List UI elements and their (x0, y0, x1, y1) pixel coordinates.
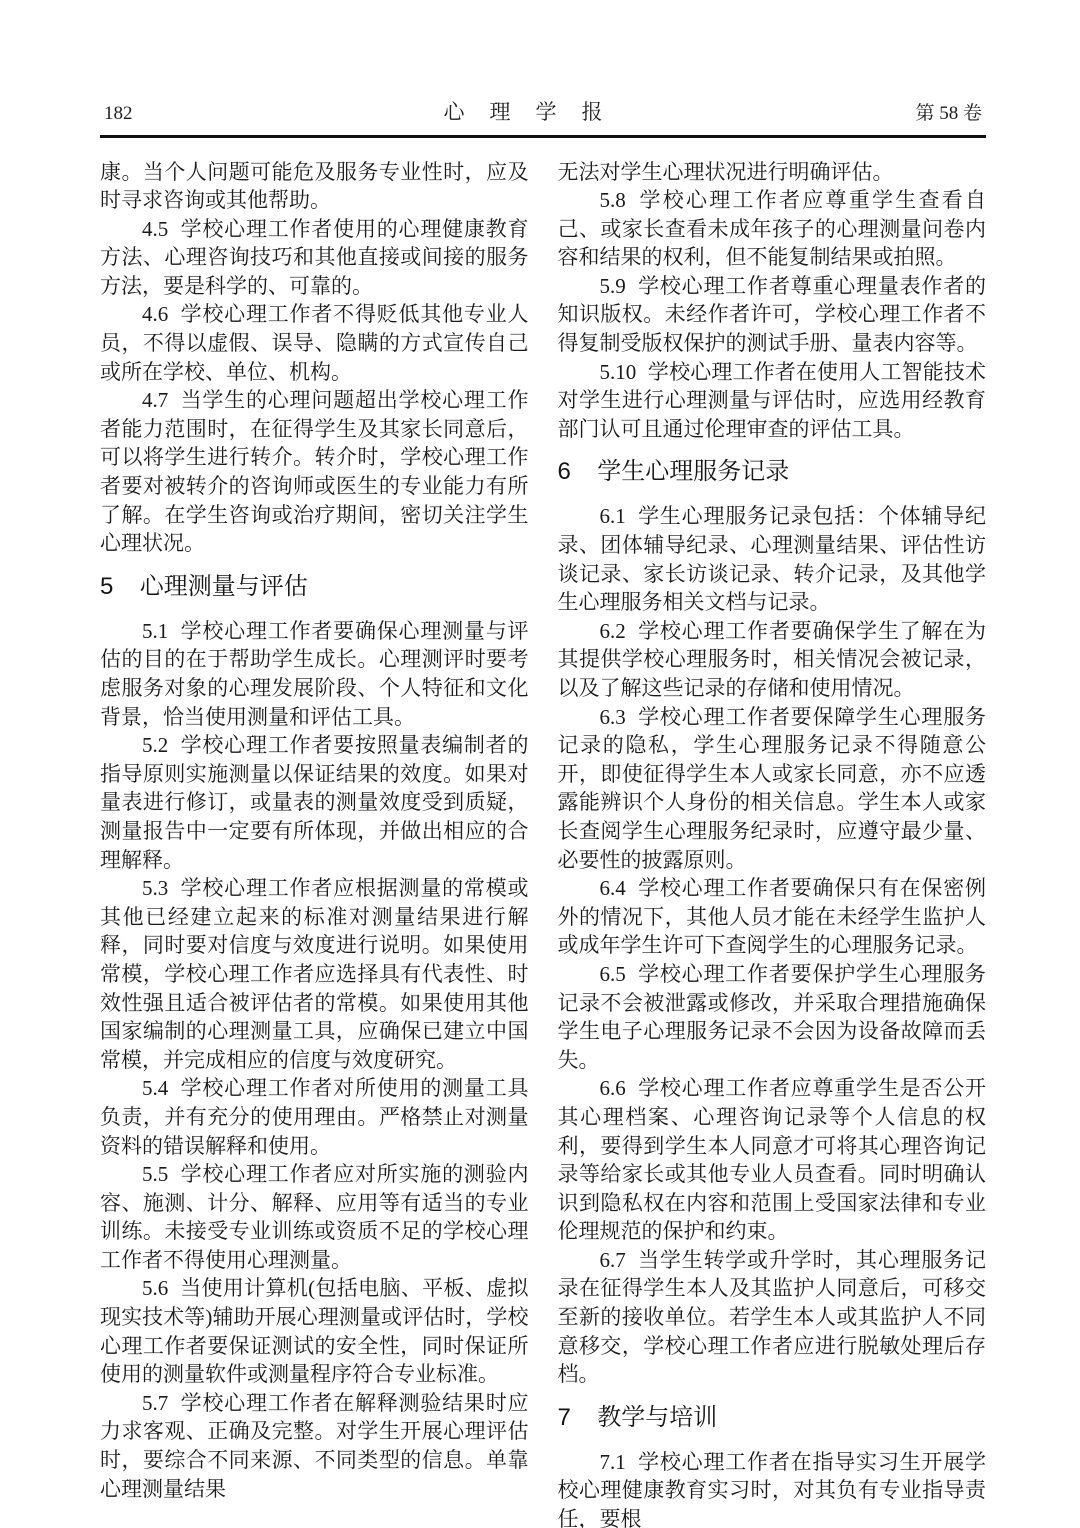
paragraph: 6.7当学生转学或升学时，其心理服务记录在征得学生本人及其监护人同意后，可移交至… (558, 1246, 987, 1389)
paragraph: 4.6学校心理工作者不得贬低其他专业人员，不得以虚假、误导、隐瞒的方式宣传自己或… (100, 300, 529, 386)
item-number: 6.2 (600, 619, 626, 643)
section-heading: 6学生心理服务记录 (558, 455, 987, 488)
item-number: 6.7 (600, 1248, 626, 1272)
item-number: 4.5 (142, 217, 168, 241)
section-number: 6 (558, 458, 571, 485)
paragraph: 5.9学校心理工作者尊重心理量表作者的知识版权。未经作者许可，学校心理工作者不得… (558, 272, 987, 358)
paragraph: 5.7学校心理工作者在解释测验结果时应力求客观、正确及完整。对学生开展心理评估时… (100, 1389, 529, 1503)
column-left: 康。当个人问题可能危及服务专业性时，应及时寻求咨询或其他帮助。4.5学校心理工作… (100, 158, 529, 1528)
section-heading: 5心理测量与评估 (100, 570, 529, 603)
article-body: 康。当个人问题可能危及服务专业性时，应及时寻求咨询或其他帮助。4.5学校心理工作… (100, 158, 986, 1528)
section-title: 学生心理服务记录 (597, 458, 789, 485)
journal-page: 182 心 理 学 报 第 58 卷 康。当个人问题可能危及服务专业性时，应及时… (0, 0, 1080, 1528)
item-number: 5.10 (600, 360, 637, 384)
paragraph: 6.3学校心理工作者要保障学生心理服务记录的隐私，学生心理服务记录不得随意公开，… (558, 703, 987, 875)
item-number: 6.4 (600, 876, 626, 900)
item-number: 5.1 (142, 619, 168, 643)
paragraph-continuation: 无法对学生心理状况进行明确评估。 (558, 158, 987, 187)
paragraph: 6.2学校心理工作者要确保学生了解在为其提供学校心理服务时，相关情况会被记录，以… (558, 617, 987, 703)
paragraph-text: 康。当个人问题可能危及服务专业性时，应及时寻求咨询或其他帮助。 (100, 160, 529, 213)
paragraph: 7.1学校心理工作者在指导实习生开展学校心理健康教育实习时，对其负有专业指导责任… (558, 1448, 987, 1528)
section-number: 5 (100, 573, 113, 600)
paragraph: 5.3学校心理工作者应根据测量的常模或其他已经建立起来的标准对测量结果进行解释，… (100, 874, 529, 1074)
section-title: 心理测量与评估 (140, 573, 308, 600)
section-number: 7 (558, 1404, 571, 1431)
paragraph: 5.1学校心理工作者要确保心理测量与评估的目的在于帮助学生成长。心理测评时要考虑… (100, 617, 529, 731)
item-number: 6.1 (600, 504, 626, 528)
item-number: 4.6 (142, 302, 168, 326)
item-number: 6.6 (600, 1076, 626, 1100)
paragraph: 5.4学校心理工作者对所使用的测量工具负责，并有充分的使用理由。严格禁止对测量资… (100, 1074, 529, 1160)
item-number: 6.3 (600, 705, 626, 729)
item-number: 5.3 (142, 876, 168, 900)
paragraph-text: 无法对学生心理状况进行明确评估。 (558, 160, 894, 184)
paragraph: 4.7当学生的心理问题超出学校心理工作者能力范围时，在征得学生及其家长同意后，可… (100, 386, 529, 558)
running-head: 182 心 理 学 报 第 58 卷 (100, 96, 986, 135)
section-title: 教学与培训 (597, 1404, 717, 1431)
item-number: 4.7 (142, 388, 168, 412)
paragraph: 6.1学生心理服务记录包括：个体辅导纪录、团体辅导纪录、心理测量结果、评估性访谈… (558, 502, 987, 616)
paragraph-text: 学校心理工作者应尊重学生是否公开其心理档案、心理咨询记录等个人信息的权利，要得到… (558, 1076, 987, 1243)
item-number: 5.9 (600, 274, 626, 298)
paragraph-text: 学校心理工作者应根据测量的常模或其他已经建立起来的标准对测量结果进行解释，同时要… (100, 876, 529, 1072)
item-number: 5.8 (600, 188, 626, 212)
item-number: 5.5 (142, 1162, 168, 1186)
item-number: 5.4 (142, 1076, 168, 1100)
paragraph: 6.6学校心理工作者应尊重学生是否公开其心理档案、心理咨询记录等个人信息的权利，… (558, 1074, 987, 1246)
paragraph: 6.4学校心理工作者要确保只有在保密例外的情况下，其他人员才能在未经学生监护人或… (558, 874, 987, 960)
paragraph: 5.5学校心理工作者应对所实施的测验内容、施测、计分、解释、应用等有适当的专业训… (100, 1160, 529, 1274)
section-heading: 7教学与培训 (558, 1401, 987, 1434)
paragraph: 5.10学校心理工作者在使用人工智能技术对学生进行心理测量与评估时，应选用经教育… (558, 358, 987, 444)
item-number: 5.6 (142, 1276, 168, 1300)
page-content: 182 心 理 学 报 第 58 卷 康。当个人问题可能危及服务专业性时，应及时… (100, 96, 986, 1528)
item-number: 5.2 (142, 733, 168, 757)
paragraph: 5.2学校心理工作者要按照量表编制者的指导原则实施测量以保证结果的效度。如果对量… (100, 731, 529, 874)
item-number: 6.5 (600, 962, 626, 986)
column-right: 无法对学生心理状况进行明确评估。5.8学校心理工作者应尊重学生查看自己、或家长查… (558, 158, 987, 1528)
paragraph-text: 学校心理工作者要保障学生心理服务记录的隐私，学生心理服务记录不得随意公开，即使征… (558, 705, 987, 872)
paragraph-continuation: 康。当个人问题可能危及服务专业性时，应及时寻求咨询或其他帮助。 (100, 158, 529, 215)
header-rule (100, 135, 986, 138)
paragraph: 4.5学校心理工作者使用的心理健康教育方法、心理咨询技巧和其他直接或间接的服务方… (100, 215, 529, 301)
volume-label: 第 58 卷 (915, 98, 982, 125)
paragraph-text: 当学生的心理问题超出学校心理工作者能力范围时，在征得学生及其家长同意后，可以将学… (100, 388, 529, 555)
paragraph: 5.6当使用计算机(包括电脑、平板、虚拟现实技术等)辅助开展心理测量或评估时，学… (100, 1274, 529, 1388)
paragraph: 6.5学校心理工作者要保护学生心理服务记录不会被泄露或修改，并采取合理措施确保学… (558, 960, 987, 1074)
paragraph: 5.8学校心理工作者应尊重学生查看自己、或家长查看未成年孩子的心理测量问卷内容和… (558, 186, 987, 272)
journal-title: 心 理 学 报 (443, 96, 604, 126)
item-number: 5.7 (142, 1391, 168, 1415)
item-number: 7.1 (600, 1450, 626, 1474)
page-number: 182 (104, 103, 133, 125)
